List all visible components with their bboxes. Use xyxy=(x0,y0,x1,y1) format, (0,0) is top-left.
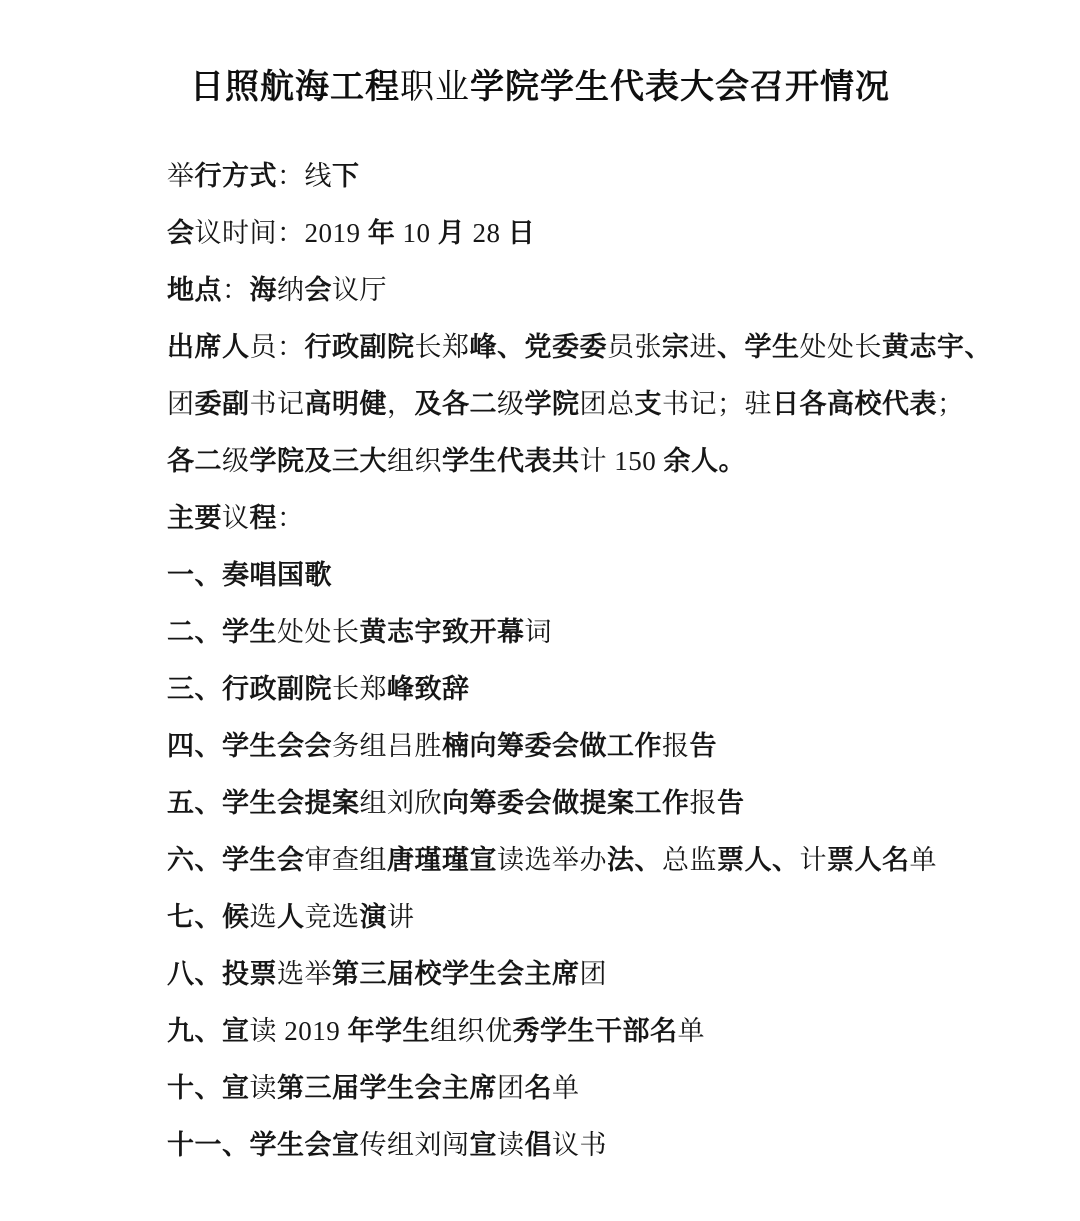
text-run: 报 xyxy=(690,788,718,818)
text-run: 读 xyxy=(250,1073,278,1103)
text-run: 会 xyxy=(305,275,333,305)
text-run: 秀学生干部名 xyxy=(513,1016,678,1046)
paragraph-4: 出席人员：行政副院长郑峰、党委委员张宗进、学生处处长黄志宇、 xyxy=(167,319,1020,376)
text-run: 黄志宇致开幕 xyxy=(360,617,525,647)
text-run: 读选举办 xyxy=(497,845,607,875)
text-run: 议书 xyxy=(552,1130,607,1160)
paragraph-10: 三、行政副院长郑峰致辞 xyxy=(167,661,1020,718)
text-run: 海 xyxy=(250,275,278,305)
text-run: 日各高校代表 xyxy=(772,389,937,419)
text-run: 28 xyxy=(465,218,508,248)
text-run: 地点 xyxy=(167,275,222,305)
text-run: 选举 xyxy=(277,959,332,989)
text-run: 处处长 xyxy=(277,617,360,647)
paragraph-11: 四、学生会会务组吕胜楠向筹委会做工作报告 xyxy=(167,718,1020,775)
text-run: 六、学生会 xyxy=(167,845,305,875)
text-run: 演 xyxy=(360,902,388,932)
paragraph-13: 六、学生会审查组唐瑾瑾宣读选举办法、总监票人、计票人名单 xyxy=(167,832,1020,889)
text-run: 第三届校学生会主席 xyxy=(332,959,580,989)
text-run: 行政副院 xyxy=(305,332,415,362)
text-run: 行方式 xyxy=(195,161,278,191)
text-run: 法、 xyxy=(607,845,662,875)
text-run: ， xyxy=(387,389,415,419)
text-run: 九、宣 xyxy=(167,1016,250,1046)
text-run: 员： xyxy=(250,332,305,362)
text-run: 竞选 xyxy=(305,902,360,932)
text-run: 处处长 xyxy=(800,332,883,362)
text-run: 第三届学生会主席 xyxy=(277,1073,497,1103)
text-run: 计 150 xyxy=(580,446,664,476)
text-run: 学生代表共 xyxy=(442,446,580,476)
paragraph-7: 主要议程： xyxy=(167,490,1020,547)
text-run: 举 xyxy=(167,161,195,191)
text-run: 四、学生会会 xyxy=(167,731,332,761)
document-title: 日照航海工程职业学院学生代表大会召开情况 xyxy=(0,64,1080,111)
text-run: 五、学生会提案 xyxy=(167,788,360,818)
paragraph-17: 十、宣读第三届学生会主席团名单 xyxy=(167,1060,1020,1117)
text-run: 议厅 xyxy=(332,275,387,305)
text-run: 黄志宇、 xyxy=(882,332,992,362)
text-run: 峰致辞 xyxy=(387,674,470,704)
text-run: 十一、学生会宣 xyxy=(167,1130,360,1160)
text-run: 七、候 xyxy=(167,902,250,932)
text-run: 学院 xyxy=(525,389,580,419)
text-run: 书记 xyxy=(250,389,305,419)
paragraph-6: 各二级学院及三大组织学生代表共计 150 余人。 xyxy=(167,433,1020,490)
text-run: 年 xyxy=(368,218,396,248)
paragraph-12: 五、学生会提案组刘欣向筹委会做提案工作报告 xyxy=(167,775,1020,832)
text-run: 单 xyxy=(910,845,938,875)
text-run: 书记；驻 xyxy=(662,389,772,419)
text-run: 团 xyxy=(497,1073,525,1103)
text-run: 长郑 xyxy=(332,674,387,704)
text-run: 票人、 xyxy=(717,845,800,875)
text-run: 长郑 xyxy=(415,332,470,362)
text-run: 总监 xyxy=(662,845,717,875)
text-run: 八、投票 xyxy=(167,959,277,989)
text-run: 出席人 xyxy=(167,332,250,362)
text-run: 二、学生 xyxy=(167,617,277,647)
text-run: 纳 xyxy=(277,275,305,305)
text-run: 报 xyxy=(662,731,690,761)
text-run: 单 xyxy=(678,1016,706,1046)
text-run: 级 xyxy=(222,446,250,476)
text-run: 传组刘闯 xyxy=(360,1130,470,1160)
text-run: 峰、党委委 xyxy=(470,332,608,362)
text-run: 读 2019 xyxy=(250,1016,348,1046)
text-run: 人 xyxy=(277,902,305,932)
text-run: 词 xyxy=(525,617,553,647)
text-run: 月 xyxy=(438,218,466,248)
text-run: 会 xyxy=(167,218,195,248)
paragraph-5: 团委副书记高明健，及各二级学院团总支书记；驻日各高校代表； xyxy=(167,376,1020,433)
paragraph-9: 二、学生处处长黄志宇致开幕词 xyxy=(167,604,1020,661)
text-run: 选 xyxy=(250,902,278,932)
text-run: 一、奏唱国歌 xyxy=(167,560,332,590)
paragraph-3: 地点：海纳会议厅 xyxy=(167,262,1020,319)
text-run: 学院学生代表大会召开情况 xyxy=(470,68,890,106)
text-run: 向筹委会做提案工作 xyxy=(442,788,690,818)
paragraph-14: 七、候选人竞选演讲 xyxy=(167,889,1020,946)
document-page: 日照航海工程职业学院学生代表大会召开情况 举行方式：线下会议时间：2019 年 … xyxy=(0,0,1080,1221)
text-run: 组织优 xyxy=(430,1016,513,1046)
text-run: 日照航海工程 xyxy=(190,68,400,106)
text-run: 票人名 xyxy=(827,845,910,875)
text-run: 十、宣 xyxy=(167,1073,250,1103)
text-run: 组织 xyxy=(387,446,442,476)
text-run: 及各二 xyxy=(415,389,498,419)
text-run: 单 xyxy=(552,1073,580,1103)
text-run: 员张 xyxy=(607,332,662,362)
text-run: 三、行政副院 xyxy=(167,674,332,704)
text-run: 告 xyxy=(717,788,745,818)
text-run: 团 xyxy=(167,389,195,419)
text-run: 学院及三大 xyxy=(250,446,388,476)
paragraph-1: 举行方式：线下 xyxy=(167,148,1020,205)
paragraph-18: 十一、学生会宣传组刘闯宣读倡议书 xyxy=(167,1117,1020,1174)
text-run: 职业 xyxy=(400,69,470,106)
text-run: 10 xyxy=(395,218,438,248)
text-run: ：线 xyxy=(277,161,332,191)
text-run: 唐瑾瑾宣 xyxy=(387,845,497,875)
text-run: ： xyxy=(277,503,305,533)
text-run: 各二 xyxy=(167,446,222,476)
text-run: 告 xyxy=(690,731,718,761)
text-run: 宗 xyxy=(662,332,690,362)
text-run: 日 xyxy=(508,218,536,248)
text-run: 讲 xyxy=(387,902,415,932)
text-run: 读 xyxy=(497,1130,525,1160)
paragraph-15: 八、投票选举第三届校学生会主席团 xyxy=(167,946,1020,1003)
paragraph-8: 一、奏唱国歌 xyxy=(167,547,1020,604)
text-run: 楠向筹委会做工作 xyxy=(442,731,662,761)
text-run: 支 xyxy=(635,389,663,419)
text-run: 、学生 xyxy=(717,332,800,362)
paragraph-16: 九、宣读 2019 年学生组织优秀学生干部名单 xyxy=(167,1003,1020,1060)
text-run: 倡 xyxy=(525,1130,553,1160)
text-run: 务组吕胜 xyxy=(332,731,442,761)
text-run: 余人。 xyxy=(664,446,747,476)
text-run: ； xyxy=(937,389,965,419)
text-run: 组刘欣 xyxy=(360,788,443,818)
text-run: 议 xyxy=(222,503,250,533)
text-run: 审查组 xyxy=(305,845,388,875)
text-run: 级 xyxy=(497,389,525,419)
text-run: 委副 xyxy=(195,389,250,419)
text-run: 团 xyxy=(580,959,608,989)
text-run: 议时间：2019 xyxy=(195,218,368,248)
text-run: 高明健 xyxy=(305,389,388,419)
text-run: 年学生 xyxy=(348,1016,431,1046)
text-run: 宣 xyxy=(470,1130,498,1160)
document-body: 举行方式：线下会议时间：2019 年 10 月 28 日地点：海纳会议厅出席人员… xyxy=(167,148,1020,1174)
text-run: 主要 xyxy=(167,503,222,533)
text-run: 团总 xyxy=(580,389,635,419)
text-run: ： xyxy=(222,275,250,305)
text-run: 进 xyxy=(690,332,718,362)
text-run: 名 xyxy=(525,1073,553,1103)
text-run: 下 xyxy=(332,161,360,191)
text-run: 程 xyxy=(250,503,278,533)
paragraph-2: 会议时间：2019 年 10 月 28 日 xyxy=(167,205,1020,262)
text-run: 计 xyxy=(800,845,828,875)
